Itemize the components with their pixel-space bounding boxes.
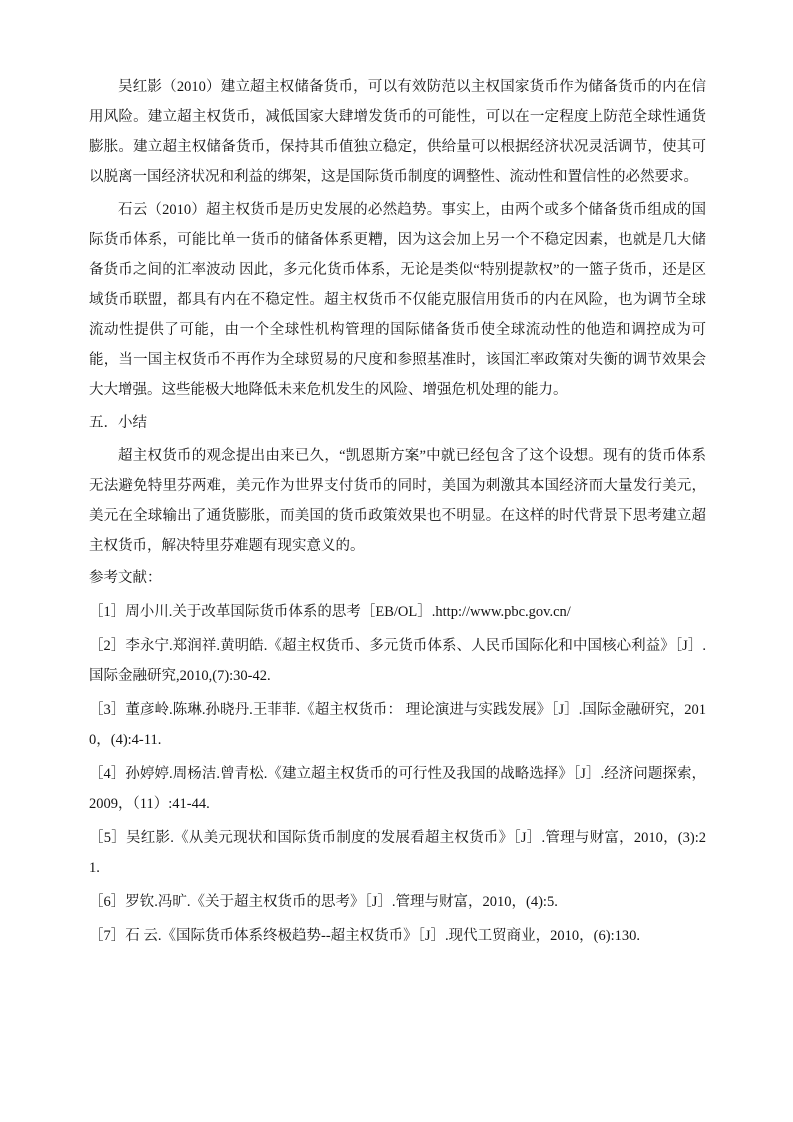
paragraph-summary: 超主权货币的观念提出由来已久，“凯恩斯方案”中就已经包含了这个设想。现有的货币体… bbox=[89, 441, 706, 561]
reference-item-6: ［6］罗钦.冯旷.《关于超主权货币的思考》［J］.管理与财富，2010，(4):… bbox=[89, 887, 706, 917]
references-label: 参考文献： bbox=[89, 563, 706, 593]
heading-section-5-summary: 五．小结 bbox=[89, 408, 706, 438]
paragraph-shi-yun-2010: 石云（2010）超主权货币是历史发展的必然趋势。事实上，由两个或多个储备货币组成… bbox=[89, 195, 706, 405]
reference-item-4: ［4］孙婷婷.周杨洁.曾青松.《建立超主权货币的可行性及我国的战略选择》［J］.… bbox=[89, 759, 706, 819]
reference-item-5: ［5］吴红影.《从美元现状和国际货币制度的发展看超主权货币》［J］.管理与财富，… bbox=[89, 823, 706, 883]
paragraph-wu-hongying-2010: 吴红影（2010）建立超主权储备货币，可以有效防范以主权国家货币作为储备货币的内… bbox=[89, 72, 706, 192]
reference-item-7: ［7］石 云.《国际货币体系终极趋势--超主权货币》［J］.现代工贸商业，201… bbox=[89, 921, 706, 951]
document-page: 吴红影（2010）建立超主权储备货币，可以有效防范以主权国家货币作为储备货币的内… bbox=[0, 0, 793, 1122]
reference-item-3: ［3］董彦岭.陈琳.孙晓丹.王菲菲.《超主权货币： 理论演进与实践发展》［J］.… bbox=[89, 695, 706, 755]
reference-item-1: ［1］周小川.关于改革国际货币体系的思考［EB/OL］.http://www.p… bbox=[89, 597, 706, 627]
reference-item-2: ［2］李永宁.郑润祥.黄明皓.《超主权货币、多元货币体系、人民币国际化和中国核心… bbox=[89, 631, 706, 691]
